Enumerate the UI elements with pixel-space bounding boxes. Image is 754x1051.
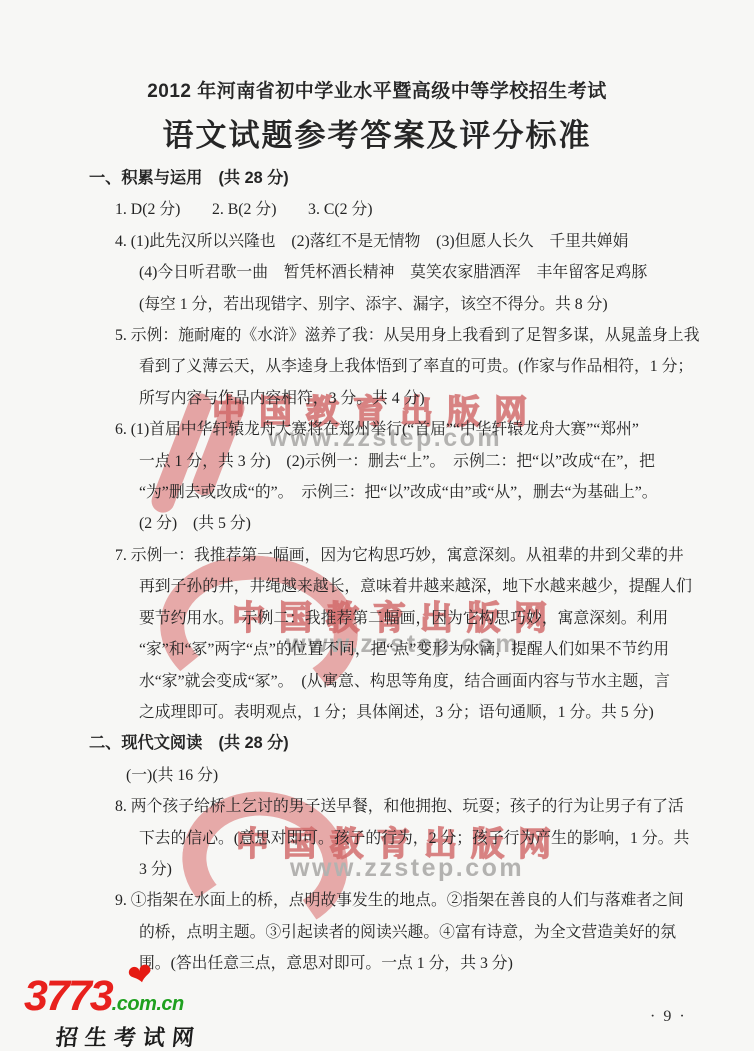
answer-text-line: 1. D(2 分) 2. B(2 分) 3. C(2 分)	[0, 194, 754, 225]
answer-text-line: (一)(共 16 分)	[0, 760, 754, 791]
answer-text-line: “为”删去或改成“的”。 示例三：把“以”改成“由”或“从”，删去“为基础上”。	[0, 477, 754, 508]
answer-text-line: 5. 示例：施耐庵的《水浒》滋养了我：从吴用身上我看到了足智多谋，从晁盖身上我	[0, 320, 754, 351]
section-heading: 二、现代文阅读 (共 28 分)	[0, 728, 754, 759]
logo-domain-text: .com.cn	[112, 993, 184, 1015]
answer-text-line: “家”和“冢”两字“点”的位置不同，把“点”变形为水滴，提醒人们如果不节约用	[0, 634, 754, 665]
answer-text-line: 6. (1)首届中华轩辕龙舟大赛将在郑州举行(“首届”“中华轩辕龙舟大赛”“郑州…	[0, 414, 754, 445]
exam-title: 2012 年河南省初中学业水平暨高级中等学校招生考试	[0, 76, 754, 103]
answer-text-line: 的桥，点明主题。③引起读者的阅读兴趣。④富有诗意，为全文营造美好的氛	[0, 917, 754, 948]
scanned-answer-sheet-page: 中国教育出版网 www.zzstep.com 中国教育出版网 www.zzste…	[0, 0, 754, 1051]
answer-text-line: 7. 示例一：我推荐第一幅画，因为它构思巧妙，寓意深刻。从祖辈的井到父辈的井	[0, 540, 754, 571]
answer-text-line: 之成理即可。表明观点，1 分；具体阐述，3 分；语句通顺，1 分。共 5 分)	[0, 697, 754, 728]
answer-text-line: (每空 1 分，若出现错字、别字、添字、漏字，该空不得分。共 8 分)	[0, 289, 754, 320]
site-logo: ❤ 3773.com.cn 招生考试网	[24, 972, 201, 1051]
document-lines: 一、积累与运用 (共 28 分)1. D(2 分) 2. B(2 分) 3. C…	[0, 163, 754, 980]
title-block: 2012 年河南省初中学业水平暨高级中等学校招生考试 语文试题参考答案及评分标准	[0, 0, 754, 155]
answer-text-line: 一点 1 分，共 3 分) (2)示例一：删去“上”。 示例二：把“以”改成“在…	[0, 446, 754, 477]
section-heading: 一、积累与运用 (共 28 分)	[0, 163, 754, 194]
answer-text-line: 再到子孙的井，井绳越来越长，意味着井越来越深，地下水越来越少，提醒人们	[0, 571, 754, 602]
doc-title: 语文试题参考答案及评分标准	[0, 110, 754, 155]
answer-text-line: 看到了义薄云天，从李逵身上我体悟到了率直的可贵。(作家与作品相符，1 分；	[0, 351, 754, 382]
page-number: · 9 ·	[650, 1008, 687, 1026]
answer-text-line: 所写内容与作品内容相符，3 分。共 4 分)	[0, 383, 754, 414]
answer-text-line: 下去的信心。(意思对即可。孩子的行为，2 分；孩子行为产生的影响，1 分。共	[0, 823, 754, 854]
answer-text-line: 3 分)	[0, 854, 754, 885]
answer-text-line: (2 分) (共 5 分)	[0, 508, 754, 539]
answer-text-line: 4. (1)此先汉所以兴隆也 (2)落红不是无情物 (3)但愿人长久 千里共婵娟	[0, 226, 754, 257]
answer-text-line: 水“家”就会变成“冢”。 (从寓意、构思等角度，结合画面内容与节水主题，言	[0, 666, 754, 697]
answer-text-line: (4)今日听君歌一曲 暂凭杯酒长精神 莫笑农家腊酒浑 丰年留客足鸡豚	[0, 257, 754, 288]
logo-number-text: 3773	[24, 972, 112, 1020]
answer-text-line: 8. 两个孩子给桥上乞讨的男子送早餐，和他拥抱、玩耍；孩子的行为让男子有了活	[0, 791, 754, 822]
answer-text-line: 要节约用水。 示例二：我推荐第二幅画，因为它构思巧妙，寓意深刻。利用	[0, 603, 754, 634]
logo-caption-text: 招生考试网	[22, 1021, 202, 1051]
answer-text-line: 9. ①指架在水面上的桥，点明故事发生的地点。②指架在善良的人们与落难者之间	[0, 885, 754, 916]
